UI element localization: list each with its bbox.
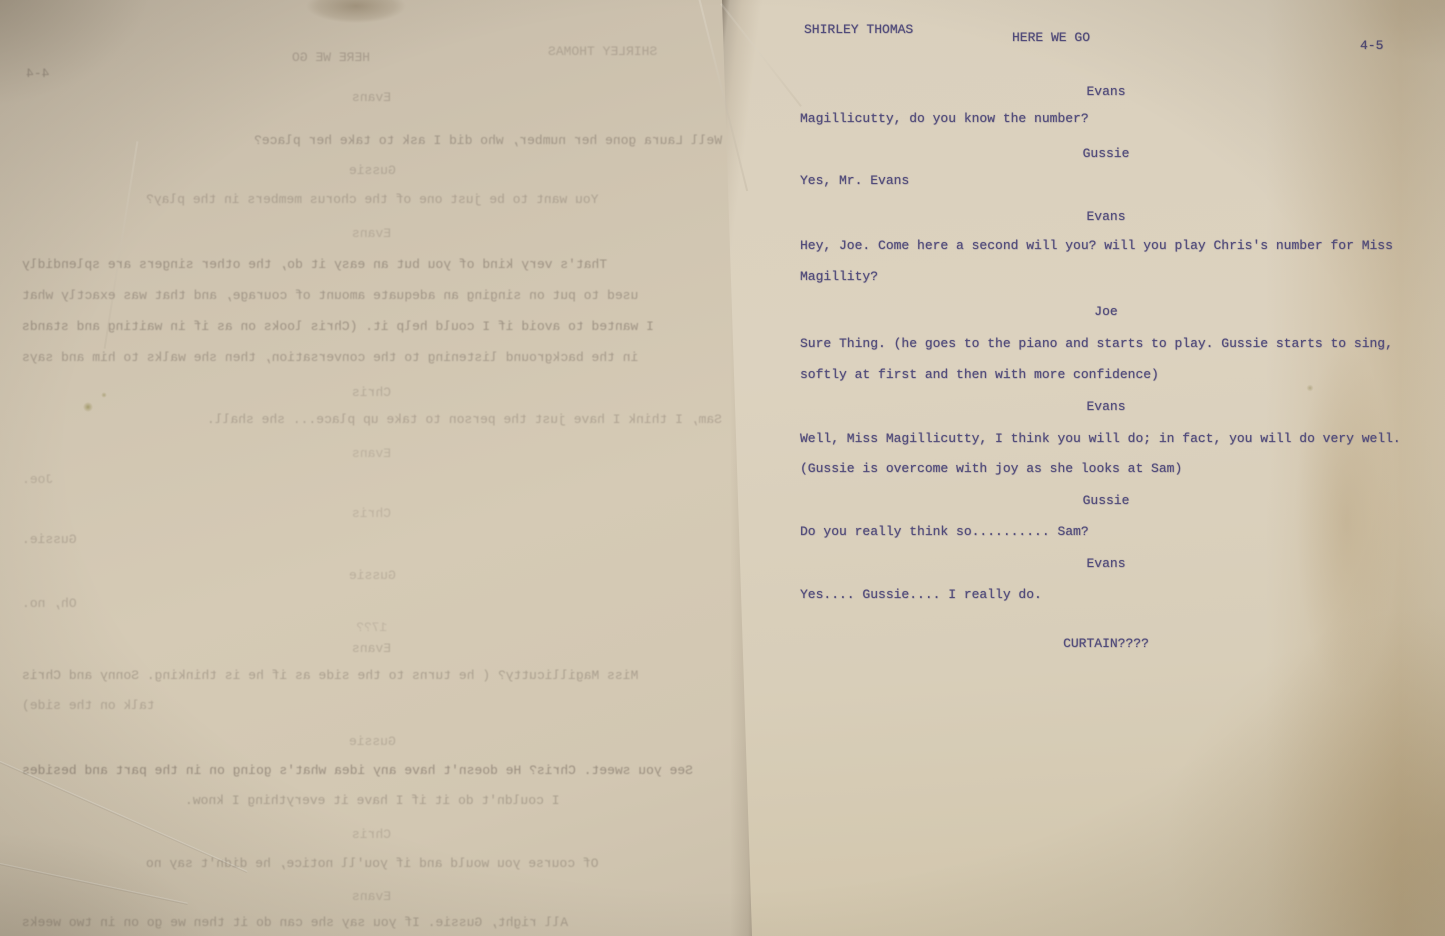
script-line: Yes.... Gussie.... I really do. <box>800 587 1412 605</box>
left-page-verso: 4-4 HERE WE GO SHIRLEY THOMAS EvansWell … <box>0 0 760 936</box>
script-line: Gussie <box>800 493 1412 511</box>
script-line: Sure Thing. (he goes to the piano and st… <box>800 336 1412 354</box>
ghost-line: I wanted to avoid if I could help it. (C… <box>22 319 722 337</box>
script-line: Evans <box>800 84 1412 102</box>
ghost-line: in the background listening to the conve… <box>22 350 722 368</box>
script-line: Well, Miss Magillicutty, I think you wil… <box>800 431 1412 449</box>
script-line: Evans <box>800 399 1412 417</box>
script-line: (Gussie is overcome with joy as she look… <box>800 461 1412 479</box>
script-line: softly at first and then with more confi… <box>800 367 1412 385</box>
script-line: Gussie <box>800 146 1412 164</box>
script-line: Yes, Mr. Evans <box>800 173 1412 191</box>
script-line: Do you really think so.......... Sam? <box>800 524 1412 542</box>
ghost-line: All right, Gussie. If you say she can do… <box>22 915 722 933</box>
ghost-line: Evans <box>22 226 722 244</box>
ghost-line: Chris <box>22 385 722 403</box>
script-line: Evans <box>800 209 1412 227</box>
ghost-line: Evans <box>22 641 722 659</box>
ghost-line: Evans <box>22 889 722 907</box>
right-page-recto: SHIRLEY THOMAS HERE WE GO 4-5 EvansMagil… <box>698 0 1445 936</box>
ghost-line: Chris <box>22 827 722 845</box>
ghost-line: used to put on singing an adequate amoun… <box>22 288 722 306</box>
ghost-line: Joe. <box>22 472 722 490</box>
ghost-line: That's very kind of you but an easy it d… <box>22 257 722 275</box>
ghost-line: Gussie <box>22 734 722 752</box>
ghost-bleedthrough-text: EvansWell Laura gone her number, who did… <box>22 0 722 936</box>
photo-of-typewritten-script: 4-4 HERE WE GO SHIRLEY THOMAS EvansWell … <box>0 0 1445 936</box>
ghost-line: 17?? <box>22 620 722 638</box>
ghost-line: See you sweet. Chris? He doesn't have an… <box>22 763 722 781</box>
script-line: Joe <box>800 304 1412 322</box>
ghost-line: Evans <box>22 90 722 108</box>
ghost-line: Miss Magillicutty? ( he turns to the sid… <box>22 668 722 686</box>
script-line: CURTAIN???? <box>800 636 1412 654</box>
ghost-line: Gussie <box>22 163 722 181</box>
ghost-line: Gussie <box>22 568 722 586</box>
ghost-line: I couldn't do it if I have it everything… <box>22 793 722 811</box>
ghost-line: Of course you would and if you'll notice… <box>22 856 722 874</box>
script-dialogue: EvansMagillicutty, do you know the numbe… <box>800 0 1412 936</box>
ghost-line: Well Laura gone her number, who did I as… <box>22 133 722 151</box>
ghost-line: Sam, I think I have just the person to t… <box>22 412 722 430</box>
script-line: Magillity? <box>800 269 1412 287</box>
script-line: Evans <box>800 556 1412 574</box>
ghost-line: talk on the side) <box>22 698 722 716</box>
ghost-line: Evans <box>22 446 722 464</box>
ghost-line: Gussie. <box>22 532 722 550</box>
script-line: Hey, Joe. Come here a second will you? w… <box>800 238 1412 256</box>
script-line: Magillicutty, do you know the number? <box>800 111 1412 129</box>
ghost-line: You want to be just one of the chorus me… <box>22 192 722 210</box>
ghost-line: Chris <box>22 506 722 524</box>
ghost-line: Oh, no. <box>22 596 722 614</box>
